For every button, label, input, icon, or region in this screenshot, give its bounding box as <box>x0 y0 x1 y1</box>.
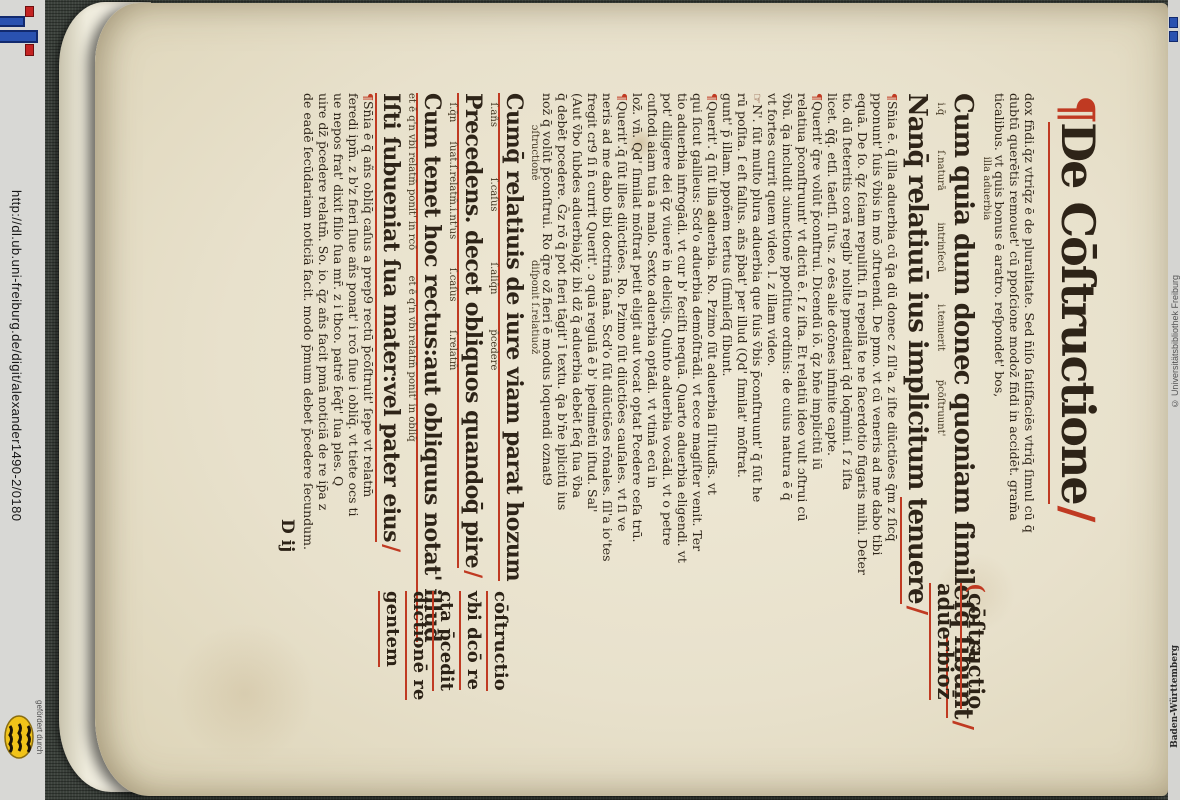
commentary-line: vt fortes currit quem video. l. z illam … <box>765 93 780 579</box>
book-scan-area: ¶De Cōſtructione/dox fn̄di.q̄z vtriq̄z ē… <box>45 0 1168 800</box>
commentary-line: loz̄. vn̄. Qd' ſimilat mōſtrat petit eli… <box>630 93 645 579</box>
commentary-line: ¶Sn̄ia ē q̄ añs obliq̄ caſus a prep9 rec… <box>361 93 376 579</box>
pilcrow-icon: ¶ <box>885 93 900 101</box>
margin-note-line: aduerbioz̄ <box>929 583 960 700</box>
registration-mark-right-top <box>1169 17 1178 28</box>
pilcrow-icon: ¶ <box>615 93 630 101</box>
commentary-line: ¶Querit'. q̄ ſūt illa aduerbia. Ro. Pzim… <box>705 93 720 579</box>
commentary-line: licet. q̄q̄. etſi. tāetſi. ſi'us. z oēs … <box>825 93 840 579</box>
margin-note-line: cōſtructio <box>486 591 513 691</box>
commentary-line: dox fn̄di.q̄z vtriq̄z ē de pluralitate. … <box>1022 93 1037 579</box>
commentary-line: pot' diligere dei q̄z viuerē in delicijs… <box>660 93 675 579</box>
commentary-line: dubtū querētis remouet' cū ppoſcione mod… <box>1007 93 1022 579</box>
commentary-line: tio. dū ſteteritis corā regib' nolite pm… <box>840 93 855 579</box>
rotated-text-region: ¶De Cōſtructione/dox fn̄di.q̄z vtriq̄z ē… <box>247 77 1107 759</box>
margin-note-line: dictionē re <box>405 591 432 700</box>
commentary-line: ¶Sn̄ia ē. q̄ illa aduerbia cū q̄a dū don… <box>885 93 900 579</box>
manicule-icon: ☞ <box>750 93 765 104</box>
commentary-line: ¶Querit'.q̄ ſūt illes diūctiōes. Ro. Pzi… <box>615 93 630 579</box>
interlinear-gloss-line: i.q̄ ſ.naturā intrinſecū i.tenuerit p̄cō… <box>934 93 946 579</box>
registration-mark-right-bottom <box>1169 31 1178 42</box>
verse-line: Iſti ſubueniat ſua mater:vel pater eius/ <box>377 93 404 579</box>
pilcrow-icon: ¶ <box>810 93 825 101</box>
funding-label: gefördert durch <box>35 700 44 754</box>
commentary-line: ue nepos frat' dixit filio ſua mr̄. z i … <box>331 93 346 579</box>
margin-note-constructio-adverbiorum: (cōſtructioaduerbioz̄ <box>929 583 991 709</box>
commentary-line: cuſtodi aiam tuā a malo. Sexto aduerbia … <box>645 93 660 579</box>
rubric-paraph-icon: ( <box>964 583 989 593</box>
baden-wuerttemberg-emblem-icon <box>3 714 37 767</box>
digitized-book-viewer: http://dl.ub.uni-freiburg.de/digit/alexa… <box>0 0 1180 800</box>
verse-line: Cum tenet hoc rectus:aut obliquus notat'… <box>418 93 445 579</box>
commentary-line: (Aut v̄bo ſubdes aduerbia)q̄z ibi dz̄ q̄… <box>570 93 585 579</box>
commentary-line: tio aduerbia infrogādi. vt cur b' feciſt… <box>675 93 690 579</box>
margin-note-line: cta p̄cedit <box>432 591 459 691</box>
rubric-slash-icon: / <box>460 570 486 578</box>
text-column: ¶De Cōſtructione/dox fn̄di.q̄z vtriq̄z ē… <box>301 77 1107 579</box>
registration-blue-bar-long <box>0 30 38 43</box>
commentary-line: ticalibus. vt quis bonus ē aratro. reſpo… <box>992 93 1007 579</box>
pilcrow-icon: ¶ <box>1051 95 1105 122</box>
registration-blue-bar-short <box>0 16 25 27</box>
commentary-line: de eadē ſecūdariam noticiā facit. modo p… <box>301 93 316 579</box>
commentary-line: v̄bū. q̄a includit ɔiunctionē ppoſitiue … <box>780 93 795 579</box>
commentary-line: noz̄ q̄ volūt p̄conſtrui. Ro q̄re oz̄ fi… <box>540 93 555 579</box>
commentary-line: feredi ipm̄. z b'z fieri ſiue añs ponat'… <box>346 93 361 579</box>
commentary-line: rū poſita. ſ eſt falſus. añs p̄bat' per … <box>735 93 750 579</box>
quire-signature: D ij <box>277 519 297 552</box>
pilcrow-icon: ¶ <box>705 93 720 101</box>
interlinear-gloss-line: ɔſtructionē diſponit ſ.relatiuoz̄ <box>528 93 540 579</box>
verse-line: Cumq̄ relatiuis de iure viam parat hozum <box>500 93 527 579</box>
registration-red-tick-top <box>25 6 34 17</box>
baden-wuerttemberg-wordmark: Baden-Württemberg <box>1170 645 1180 748</box>
copyright-right: © Universitätsbibliothek Freiburg <box>1170 275 1180 409</box>
commentary-line: relatiua p̄conſtruunt' vt dictū ē. ſ z i… <box>795 93 810 579</box>
left-margin-strip: http://dl.ub.uni-freiburg.de/digit/alexa… <box>0 0 45 800</box>
rubric-slash-icon: / <box>902 606 932 615</box>
margin-note-constructio-recta: cōſtructiovbi dcō recta p̄ceditdictionē … <box>378 591 513 700</box>
verse-heading-line: Cum quia dum donec quoniam ſimileſq̄ ſib… <box>947 93 979 579</box>
verse-line: Precedens. decet obliquos quandoq̄ pire/ <box>459 93 486 579</box>
commentary-line: uire dz̄ p̄cedere relatm̄. So. io. q̄z a… <box>316 93 331 579</box>
commentary-line: ¶Querit' q̄re volūt p̄conſtrui. Dicendū … <box>810 93 825 579</box>
commentary-line: equā. De ſo. q̄z ſciam repuliſti. ſi rep… <box>855 93 870 579</box>
registration-red-tick-bottom <box>25 44 34 56</box>
chapter-title-line: ¶De Cōſtructione/ <box>1051 95 1105 579</box>
verse-heading-line: Nanq̄ relatiuū ius implicitum tenuere/ <box>901 93 933 579</box>
pilcrow-icon: ¶ <box>361 93 376 101</box>
commentary-line: qui ſicut galileus: Scd'o aduerbia demōſ… <box>690 93 705 579</box>
source-url: http://dl.ub.uni-freiburg.de/digit/alexa… <box>9 190 24 521</box>
commentary-line: neris ad me dabo tibi doctrinā ſanā. Scd… <box>600 93 615 579</box>
rubric-slash-icon: / <box>1051 506 1105 521</box>
margin-note-line: vbi dcō re <box>459 591 486 690</box>
commentary-line: ☞N'. ſūt multo plura aduerbia que ſuis v… <box>750 93 765 579</box>
printed-text-block: ¶De Cōſtructione/dox fn̄di.q̄z vtriq̄z ē… <box>247 77 1107 759</box>
commentary-line: gunt' p̄ illam. ppoñem tertus (ſimileſq̄… <box>720 93 735 579</box>
commentary-line: q̄ debēt pcedere. Ḡz rō q̄ pot fieri tāg… <box>555 93 570 579</box>
book-page[interactable]: ¶De Cōſtructione/dox fn̄di.q̄z vtriq̄z ē… <box>95 3 1168 796</box>
commentary-line: pponunt' ſuis v̄bis in mō ɔſtruendi. De … <box>870 93 885 579</box>
rubric-slash-icon: / <box>948 720 978 729</box>
interlinear-gloss-line: illa aduerbia <box>980 93 992 579</box>
margin-note-line: (cōſtructio <box>960 583 991 709</box>
commentary-line: fregit cr9 ſi n̄ currit Querit'. ɔ quā r… <box>585 93 600 579</box>
margin-note-line: gentem <box>378 591 405 667</box>
right-margin-strip: © Universitätsbibliothek Freiburg Baden-… <box>1168 0 1180 800</box>
rubric-slash-icon: / <box>378 544 404 552</box>
